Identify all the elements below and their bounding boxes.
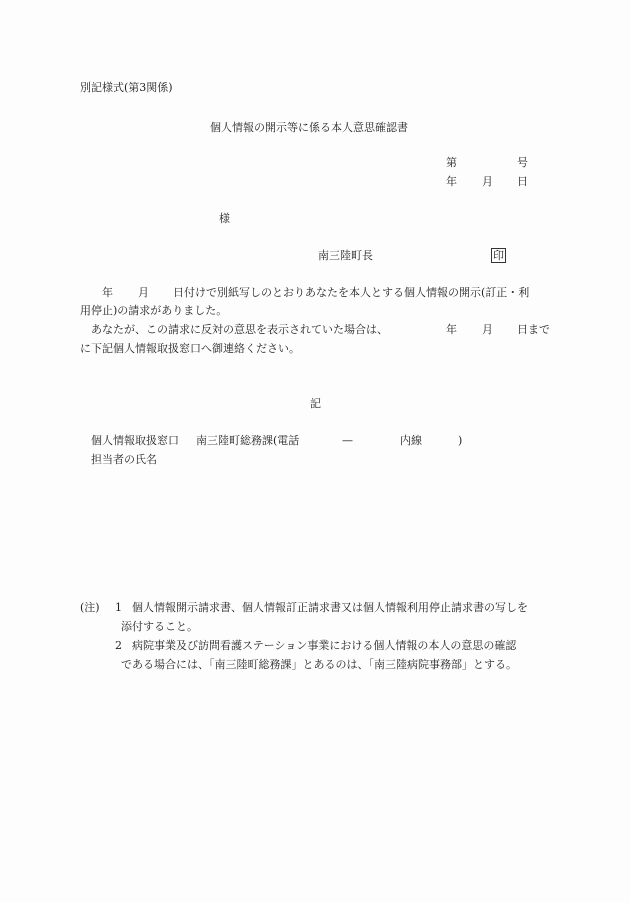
ki-heading: 記 [310,398,321,409]
date-month: 月 [482,176,493,187]
note-1-line2: 添付すること。 [121,621,198,632]
body-line1-year: 年 [102,287,113,298]
form-label: 別記様式(第3関係) [80,82,173,93]
seal-icon: 印 [491,248,506,263]
body-line1-month: 月 [138,287,149,298]
note-2-line1: 病院事業及び訪問看護ステーション事業における個人情報の本人の意思の確認 [132,640,516,651]
contact-dept: 南三陸町総務課(電話 [196,435,299,446]
body-line3-month: 月 [482,324,493,335]
note-1-number: 1 [115,602,122,613]
contact-person-label: 担当者の氏名 [91,454,157,465]
body-line3-end: 日まで [517,324,550,335]
body-line3-start: あなたが、この請求に反対の意思を表示されていた場合は、 [91,324,388,335]
number-suffix: 号 [517,157,528,168]
date-day: 日 [517,176,528,187]
date-year: 年 [446,176,457,187]
issuer-name: 南三陸町長 [318,250,373,261]
contact-window-label: 個人情報取扱窓口 [91,435,179,446]
note-1-line1: 個人情報開示請求書、個人情報訂正請求書又は個人情報利用停止請求書の写しを [132,602,528,613]
note-2-line2: である場合には、「南三陸町総務課」とあるのは、「南三陸病院事務部」とする。 [121,659,517,670]
contact-extension: 内線 [400,435,422,446]
body-line4: に下記個人情報取扱窓口へ御連絡ください。 [80,343,300,354]
number-prefix: 第 [446,157,457,168]
addressee-sama: 様 [219,213,230,224]
body-line2: 用停止)の請求がありました。 [80,305,227,316]
note-2-number: 2 [115,640,122,651]
body-line3-year: 年 [446,324,457,335]
notes-label: (注) [80,602,100,613]
document-title: 個人情報の開示等に係る本人意思確認書 [210,122,408,133]
body-line1-rest: 日付けで別紙写しのとおりあなたを本人とする個人情報の開示(訂正・利 [173,287,529,298]
contact-close-paren: ) [458,435,462,446]
contact-dash: — [342,435,353,446]
seal-mark: 印 [491,248,506,263]
